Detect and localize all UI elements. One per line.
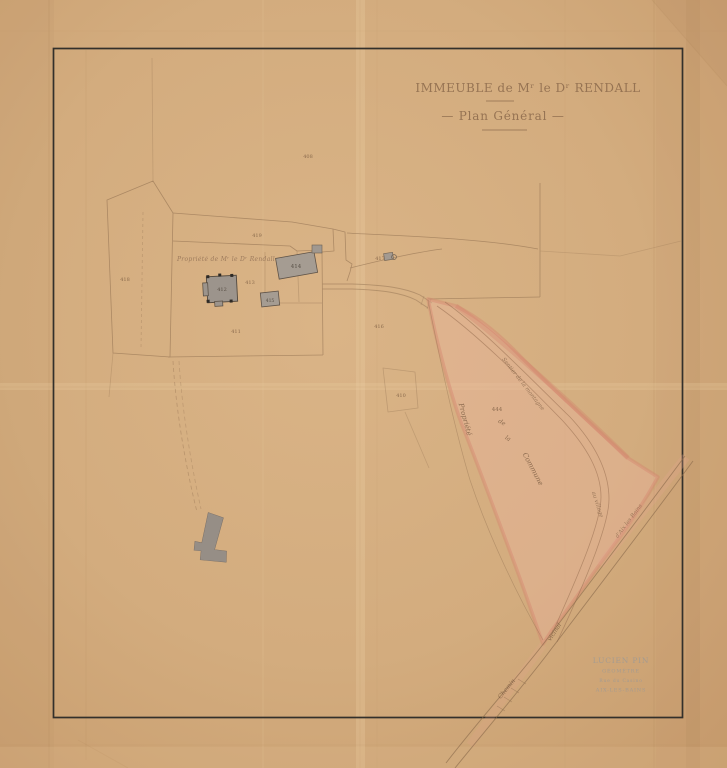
parcel-number-418: 418: [120, 277, 130, 283]
stamp-line-2: GÉOMÈTRE: [602, 667, 640, 675]
parcel-number-415: 415: [266, 298, 275, 304]
chimney-mark: [207, 300, 210, 303]
parcel-number-413: 413: [245, 280, 255, 286]
small-outbuilding: [312, 245, 322, 253]
stamp-line-3: Rue du Casino: [599, 678, 642, 684]
chimney-mark: [206, 275, 209, 278]
chimney-mark: [230, 274, 233, 277]
parcel-number-408: 408: [303, 154, 313, 160]
chimney-mark: [218, 274, 221, 277]
chimney-mark: [230, 299, 233, 302]
stamp-line-1: LUCIEN PIN: [593, 656, 650, 665]
parcel-number-410: 410: [396, 393, 406, 399]
scanned-plan-document: IMMEUBLE de Mʳ le Dʳ RENDALL — Plan Géné…: [0, 0, 727, 768]
parcel-number-416: 416: [374, 324, 384, 330]
map-subtitle: — Plan Général —: [441, 109, 564, 123]
parcel-number-417: 417: [375, 256, 385, 262]
map-title: IMMEUBLE de Mʳ le Dʳ RENDALL: [415, 81, 640, 95]
stamp-line-4: AIX-LES-BAINS: [595, 688, 646, 694]
parcel-number-411: 411: [231, 329, 241, 335]
parcel-number-444: 444: [492, 407, 503, 413]
property-owner-label: Propriété de Mʳ le Dʳ Rendall: [176, 256, 275, 263]
parcel-number-414: 414: [291, 264, 302, 270]
parcel-number-412: 412: [217, 287, 227, 293]
parcel-number-419: 419: [252, 233, 262, 239]
